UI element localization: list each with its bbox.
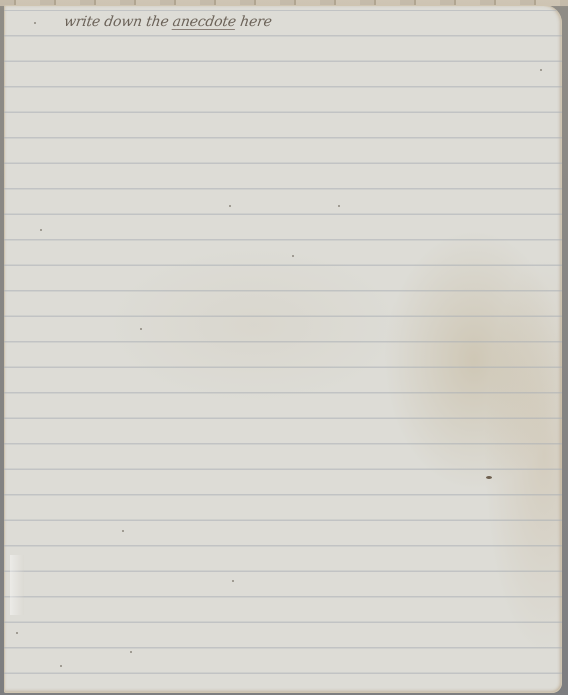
paper-smudge [10,555,24,615]
ink-speck [229,205,231,207]
ink-speck [338,205,340,207]
ink-speck [16,632,18,634]
ink-speck [60,665,62,667]
notebook-page: write down the anecdote here [4,5,562,693]
ink-speck [140,328,142,330]
note-text-before: write down the [63,14,174,30]
ink-speck [292,255,294,257]
ink-speck [122,530,124,532]
ruled-lines [4,5,562,693]
handwritten-note: write down the anecdote here [63,14,273,30]
note-text-underlined: anecdote [172,14,237,30]
ink-speck [540,69,542,71]
note-text-after: here [235,14,273,30]
ink-speck [130,651,132,653]
ink-speck [232,580,234,582]
ink-blot [486,476,492,479]
ink-speck [40,229,42,231]
ink-speck [34,22,36,24]
